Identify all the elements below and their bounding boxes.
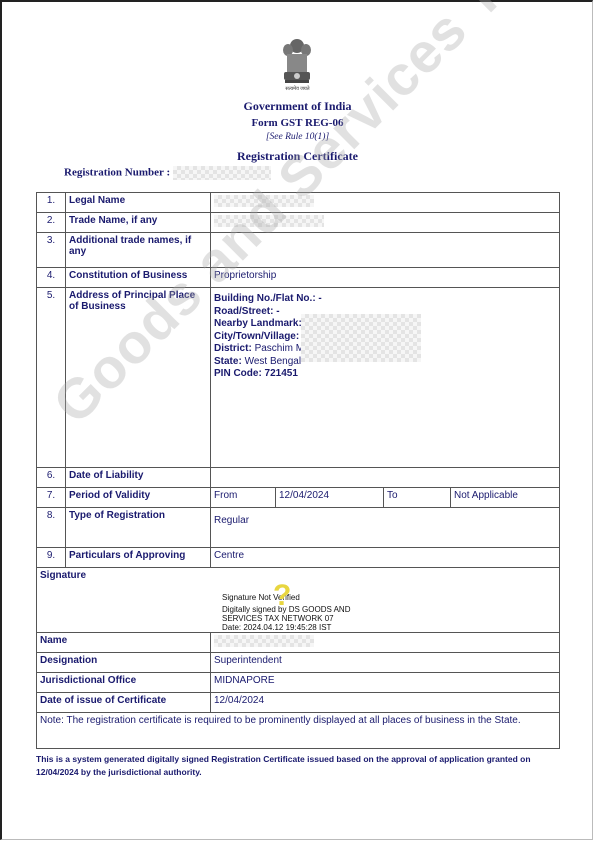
table-row: 7. Period of Validity From 12/04/2024 To… <box>37 488 560 508</box>
note-text: Note: The registration certificate is re… <box>37 713 560 749</box>
row-number: 3. <box>37 233 66 268</box>
registration-number: Registration Number : <box>64 166 271 180</box>
redacted-address <box>301 314 421 362</box>
form-title: Form GST REG-06 <box>0 117 595 129</box>
row-label: Trade Name, if any <box>66 213 211 233</box>
office-label: Jurisdictional Office <box>37 673 211 693</box>
row-number: 7. <box>37 488 66 508</box>
table-row: 5. Address of Principal Place of Busines… <box>37 288 560 468</box>
trade-name-value <box>211 213 560 233</box>
liability-date-value <box>211 468 560 488</box>
table-row: Jurisdictional Office MIDNAPORE <box>37 673 560 693</box>
row-label: Additional trade names, if any <box>66 233 211 268</box>
registration-type-value: Regular <box>211 508 560 548</box>
address-value: Building No./Flat No.: - Road/Street: - … <box>211 288 560 468</box>
row-label: Particulars of Approving <box>66 548 211 568</box>
government-title: Government of India <box>0 99 595 114</box>
additional-names-value <box>211 233 560 268</box>
validity-from-value: 12/04/2024 <box>276 488 384 508</box>
table-row: 6. Date of Liability <box>37 468 560 488</box>
validity-from-label: From <box>211 488 276 508</box>
issue-date-label: Date of issue of Certificate <box>37 693 211 713</box>
row-number: 9. <box>37 548 66 568</box>
approving-value: Centre <box>211 548 560 568</box>
office-value: MIDNAPORE <box>211 673 560 693</box>
row-label: Type of Registration <box>66 508 211 548</box>
validity-to-value: Not Applicable <box>451 488 560 508</box>
signature-cell: Signature Signature Not Verified Digital… <box>37 568 560 633</box>
national-emblem-icon <box>279 36 315 90</box>
table-row: 2. Trade Name, if any <box>37 213 560 233</box>
designation-value: Superintendent <box>211 653 560 673</box>
row-number: 8. <box>37 508 66 548</box>
row-label: Date of Liability <box>66 468 211 488</box>
row-number: 2. <box>37 213 66 233</box>
name-label: Name <box>37 633 211 653</box>
validity-to-label: To <box>384 488 451 508</box>
issue-date-value: 12/04/2024 <box>211 693 560 713</box>
row-label: Constitution of Business <box>66 268 211 288</box>
row-label: Address of Principal Place of Business <box>66 288 211 468</box>
table-row: 3. Additional trade names, if any <box>37 233 560 268</box>
designation-label: Designation <box>37 653 211 673</box>
table-row: Date of issue of Certificate 12/04/2024 <box>37 693 560 713</box>
row-number: 4. <box>37 268 66 288</box>
row-number: 6. <box>37 468 66 488</box>
signature-label: Signature <box>40 570 556 581</box>
row-label: Period of Validity <box>66 488 211 508</box>
table-row: Designation Superintendent <box>37 653 560 673</box>
signature-row: Signature Signature Not Verified Digital… <box>37 568 560 633</box>
registration-number-label: Registration Number : <box>64 167 170 179</box>
emblem-caption: सत्यमेव जयते <box>0 86 595 92</box>
note-row: Note: The registration certificate is re… <box>37 713 560 749</box>
table-row: 9. Particulars of Approving Centre <box>37 548 560 568</box>
table-row: 8. Type of Registration Regular <box>37 508 560 548</box>
certificate-table: 1. Legal Name 2. Trade Name, if any 3. A… <box>36 192 560 749</box>
constitution-value: Proprietorship <box>211 268 560 288</box>
name-value <box>211 633 560 653</box>
legal-name-value <box>211 193 560 213</box>
redacted-registration-number <box>173 166 271 180</box>
row-number: 5. <box>37 288 66 468</box>
certificate-title: Registration Certificate <box>0 149 595 164</box>
table-row: Name <box>37 633 560 653</box>
row-label: Legal Name <box>66 193 211 213</box>
footer-statement: This is a system generated digitally sig… <box>36 753 560 779</box>
row-number: 1. <box>37 193 66 213</box>
table-row: 1. Legal Name <box>37 193 560 213</box>
table-row: 4. Constitution of Business Proprietorsh… <box>37 268 560 288</box>
unverified-question-icon: ? <box>273 590 291 601</box>
rule-reference: [See Rule 10(1)] <box>0 132 595 142</box>
